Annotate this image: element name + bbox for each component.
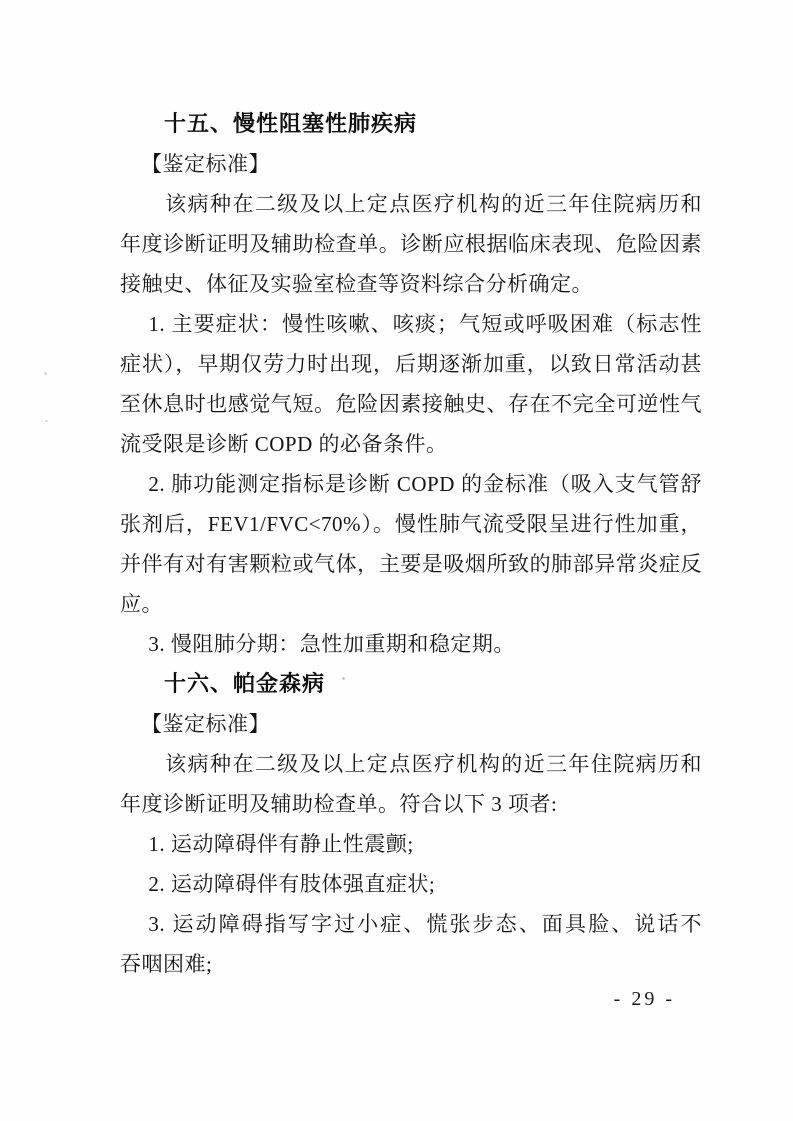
scan-speck <box>342 677 345 680</box>
criteria-label: 【鉴定标准】 <box>120 144 702 184</box>
section-heading: 十六、帕金森病 <box>120 664 702 704</box>
text-line: 症状），早期仅劳力时出现，后期逐渐加重，以致日常活动甚 <box>120 344 702 384</box>
text-line: 应。 <box>120 584 702 624</box>
document-page: 十五、慢性阻塞性肺疾病【鉴定标准】该病种在二级及以上定点医疗机构的近三年住院病历… <box>0 0 793 1121</box>
text-line: 张剂后，FEV1/FVC<70%）。慢性肺气流受限呈进行性加重， <box>120 504 702 544</box>
text-line: 1. 主要症状：慢性咳嗽、咳痰；气短或呼吸困难（标志性 <box>120 304 702 344</box>
text-line: 接触史、体征及实验室检查等资料综合分析确定。 <box>120 264 702 304</box>
page-number: - 29 - <box>614 988 675 1011</box>
criteria-label: 【鉴定标准】 <box>120 704 702 744</box>
text-line: 至休息时也感觉气短。危险因素接触史、存在不完全可逆性气 <box>120 384 702 424</box>
text-line: 年度诊断证明及辅助检查单。符合以下 3 项者: <box>120 784 702 824</box>
text-line: 年度诊断证明及辅助检查单。诊断应根据临床表现、危险因素 <box>120 224 702 264</box>
text-line: 2. 肺功能测定指标是诊断 COPD 的金标准（吸入支气管舒 <box>120 464 702 504</box>
text-line: 该病种在二级及以上定点医疗机构的近三年住院病历和当 <box>120 184 702 224</box>
scan-speck <box>44 372 47 375</box>
section-heading: 十五、慢性阻塞性肺疾病 <box>120 104 702 144</box>
text-line: 1. 运动障碍伴有静止性震颤; <box>120 824 702 864</box>
text-line: 流受限是诊断 COPD 的必备条件。 <box>120 424 702 464</box>
text-line: 该病种在二级及以上定点医疗机构的近三年住院病历和当 <box>120 744 702 784</box>
text-line: 吞咽困难; <box>120 944 702 984</box>
document-body: 十五、慢性阻塞性肺疾病【鉴定标准】该病种在二级及以上定点医疗机构的近三年住院病历… <box>120 104 702 984</box>
text-line: 并伴有对有害颗粒或气体，主要是吸烟所致的肺部异常炎症反 <box>120 544 702 584</box>
text-line: 3. 运动障碍指写字过小症、慌张步态、面具脸、说话不清、 <box>120 904 702 944</box>
text-line: 2. 运动障碍伴有肢体强直症状; <box>120 864 702 904</box>
text-line: 3. 慢阻肺分期：急性加重期和稳定期。 <box>120 624 702 664</box>
scan-speck <box>45 420 48 422</box>
